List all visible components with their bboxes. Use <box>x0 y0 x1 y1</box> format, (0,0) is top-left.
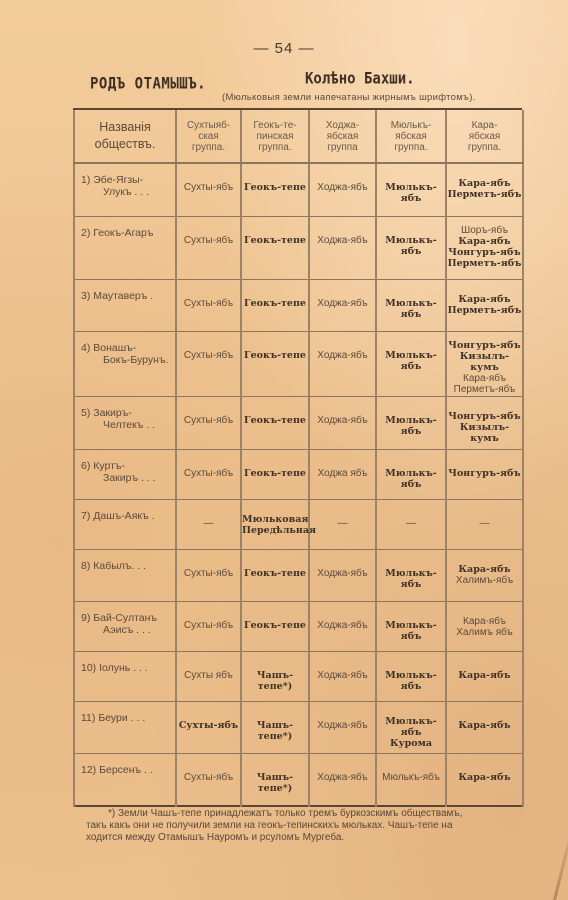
land-entry: — <box>377 518 445 529</box>
mulk-land-entry: Геокъ-тепе <box>242 620 308 631</box>
society-name-cell: 5) Закиръ-Челтекъ . . <box>74 396 176 449</box>
mulk-land-entry: Геокъ-тепе <box>242 468 308 479</box>
land-group-cell: Кара-ябъПерметъ-ябъ <box>446 279 523 331</box>
mulk-land-entry: Чашъ-тепе*) <box>242 670 308 692</box>
table-row: 7) Дашъ-Аякъ .—МюльковаяПередѣльная——— <box>74 499 523 549</box>
land-group-cell: Сухты-ябъ <box>176 216 241 279</box>
land-group-cell: Ходжа-ябъ <box>309 396 376 449</box>
mulk-land-entry: Мюлькъ-ябъ <box>377 620 445 642</box>
land-group-cell: Мюлькъ-ябъ <box>376 753 446 806</box>
mulk-land-entry: Чашъ-тепе*) <box>242 772 308 794</box>
land-group-cell: Ходжа-ябъ <box>309 331 376 396</box>
table-row: 1) Эбе-Ягзы-Улукъ . . .Сухты-ябъГеокъ-те… <box>74 163 523 216</box>
land-group-cell: Сухты-ябъ <box>176 163 241 216</box>
land-group-cell: Ходжа-ябъ <box>309 651 376 701</box>
land-group-cell: Чашъ-тепе*) <box>241 701 309 753</box>
land-entry: Ходжа-ябъ <box>310 670 375 681</box>
mulk-land-entry: Мюлькъ-ябъ <box>377 568 445 590</box>
land-group-cell: МюльковаяПередѣльная <box>241 499 309 549</box>
column-header: Мюлькъ-ябскаягруппа. <box>376 110 446 163</box>
society-name-cell: 1) Эбе-Ягзы-Улукъ . . . <box>74 163 176 216</box>
society-name: 12) Берсенъ . . <box>81 764 175 776</box>
column-header: Ходжа-ябскаягруппа <box>309 110 376 163</box>
society-name-cell: 11) Беури . . . <box>74 701 176 753</box>
society-name: 5) Закиръ- <box>81 407 175 419</box>
mulk-land-entry: Кизылъ-кумъ <box>447 351 522 373</box>
mulk-land-entry: Передѣльная <box>242 525 308 536</box>
society-name-cell: 4) Вонашъ-Бокъ-Бурунъ. <box>74 331 176 396</box>
table-row: 3) Маутаверъ .Сухты-ябъГеокъ-тепеХоджа-я… <box>74 279 523 331</box>
land-entry: Ходжа-ябъ <box>310 415 375 426</box>
land-group-cell: Чашъ-тепе*) <box>241 651 309 701</box>
land-group-cell: Мюлькъ-ябъ <box>376 549 446 601</box>
table-row: 8) Кабылъ. . .Сухты-ябъГеокъ-тепеХоджа-я… <box>74 549 523 601</box>
footnote-line: *) Земли Чашъ-тепе принадлежатъ только т… <box>86 808 526 820</box>
society-name-cell: 3) Маутаверъ . <box>74 279 176 331</box>
land-group-cell: Мюлькъ-ябъ <box>376 331 446 396</box>
mulk-land-entry: Мюлькъ-ябъ <box>377 235 445 257</box>
mulk-land-entry: Кара-ябъ <box>447 236 522 247</box>
land-entry: Сухты-ябъ <box>177 235 240 246</box>
land-group-cell: Мюлькъ-ябъ <box>376 651 446 701</box>
table-row: 4) Вонашъ-Бокъ-Бурунъ.Сухты-ябъГеокъ-теп… <box>74 331 523 396</box>
mulk-land-entry: Перметъ-ябъ <box>447 258 522 269</box>
land-group-cell: Кара-ябъХалимъ ябъ <box>446 601 523 651</box>
mulk-land-entry: Кара-ябъ <box>447 294 522 305</box>
land-entry: Халимъ ябъ <box>447 627 522 638</box>
land-entry: Ходжа-ябъ <box>310 182 375 193</box>
table-legend-note: (Мюльковыя земли напечатаны жирнымъ шриф… <box>222 92 476 103</box>
land-entry: Ходжа ябъ <box>310 468 375 479</box>
society-name: 11) Беури . . . <box>81 712 175 724</box>
land-group-cell: Геокъ-тепе <box>241 331 309 396</box>
land-group-cell: Геокъ-тепе <box>241 396 309 449</box>
mulk-land-entry: Кара-ябъ <box>447 720 522 731</box>
land-group-cell: Кара-ябъХалимъ-ябъ <box>446 549 523 601</box>
land-entry: — <box>447 518 522 529</box>
land-group-cell: — <box>376 499 446 549</box>
land-entry: Кара-ябъ <box>447 616 522 627</box>
mulk-land-entry: Геокъ-тепе <box>242 415 308 426</box>
society-name: Улукъ . . . <box>81 186 175 198</box>
column-header-line: Ходжа- <box>310 120 375 131</box>
page-number: — 54 — <box>0 40 568 57</box>
column-header-line: ябская <box>377 131 445 142</box>
land-group-cell: Мюлькъ-ябъ <box>376 396 446 449</box>
land-group-cell: Ходжа-ябъ <box>309 701 376 753</box>
land-group-cell: — <box>176 499 241 549</box>
land-entry: Кара-ябъ <box>447 373 522 384</box>
land-group-cell: Сухты-ябъ <box>176 279 241 331</box>
table-row: 9) Бай-СултанъАэисъ . . .Сухты-ябъГеокъ-… <box>74 601 523 651</box>
mulk-land-entry: Кара-ябъ <box>447 178 522 189</box>
land-group-cell: — <box>309 499 376 549</box>
column-header-line: Названія <box>75 119 175 136</box>
column-header-line: Мюлькъ- <box>377 120 445 131</box>
land-entry: Ходжа-ябъ <box>310 620 375 631</box>
land-entry: Сухты-ябъ <box>177 468 240 479</box>
land-entry: Сухты-ябъ <box>177 620 240 631</box>
mulk-land-entry: Геокъ-тепе <box>242 182 308 193</box>
land-group-cell: Сухты-ябъ <box>176 601 241 651</box>
column-header-line: ская <box>177 131 240 142</box>
land-group-cell: Мюлькъ-ябъКурома <box>376 701 446 753</box>
land-entry: Ходжа-ябъ <box>310 720 375 731</box>
column-header-line: Кара- <box>447 120 522 131</box>
land-group-cell: — <box>446 499 523 549</box>
land-entry: Сухты-ябъ <box>177 772 240 783</box>
clan-title: РОДЪ ОТАМЫШЪ. <box>90 75 206 93</box>
land-group-cell: Сухты-ябъ <box>176 396 241 449</box>
column-header: Геокъ-те-пинскаягруппа. <box>241 110 309 163</box>
land-group-cell: Мюлькъ-ябъ <box>376 163 446 216</box>
land-group-cell: Мюлькъ-ябъ <box>376 216 446 279</box>
land-group-cell: Чашъ-тепе*) <box>241 753 309 806</box>
land-groups-table-wrapper: Названіяобществъ.Сухтыяб-скаягруппа.Геок… <box>73 108 522 807</box>
column-header-line: Геокъ-те- <box>242 120 308 131</box>
column-header: Сухтыяб-скаягруппа. <box>176 110 241 163</box>
land-group-cell: Сухты ябъ <box>176 651 241 701</box>
land-group-cell: Чонгуръ-ябъКизылъ-кумъ <box>446 396 523 449</box>
land-group-cell: Ходжа-ябъ <box>309 549 376 601</box>
land-group-cell: Кара-ябъПерметъ-ябъ <box>446 163 523 216</box>
society-name-cell: 6) Куртъ-Закиръ . . . <box>74 449 176 499</box>
mulk-land-entry: Мюлькъ-ябъ <box>377 716 445 738</box>
mulk-land-entry: Мюлькъ-ябъ <box>377 670 445 692</box>
branch-title: Колѣно Бахши. <box>305 70 415 88</box>
table-row: 5) Закиръ-Челтекъ . .Сухты-ябъГеокъ-тепе… <box>74 396 523 449</box>
land-entry: Сухты-ябъ <box>177 350 240 361</box>
land-entry: Сухты-ябъ <box>177 568 240 579</box>
society-name: Челтекъ . . <box>81 419 175 431</box>
land-entry: Сухты-ябъ <box>177 182 240 193</box>
land-group-cell: Геокъ-тепе <box>241 279 309 331</box>
land-entry: — <box>177 518 240 529</box>
land-group-cell: Чонгуръ-ябъКизылъ-кумъКара-ябъПерметъ-яб… <box>446 331 523 396</box>
mulk-land-entry: Чонгуръ-ябъ <box>447 247 522 258</box>
mulk-land-entry: Мюлькъ-ябъ <box>377 182 445 204</box>
land-groups-table: Названіяобществъ.Сухтыяб-скаягруппа.Геок… <box>73 110 524 807</box>
society-name: Бокъ-Бурунъ. <box>81 354 175 366</box>
land-group-cell: Сухты-ябъ <box>176 331 241 396</box>
society-name-cell: 12) Берсенъ . . <box>74 753 176 806</box>
column-header-line: группа. <box>447 142 522 153</box>
society-name-cell: 9) Бай-СултанъАэисъ . . . <box>74 601 176 651</box>
land-entry: Шоръ-ябъ <box>447 225 522 236</box>
mulk-land-entry: Геокъ-тепе <box>242 235 308 246</box>
land-entry: Ходжа-ябъ <box>310 235 375 246</box>
land-group-cell: Кара-ябъ <box>446 701 523 753</box>
table-row: 10) Іолунь . . .Сухты ябъЧашъ-тепе*)Ходж… <box>74 651 523 701</box>
column-header: Названіяобществъ. <box>74 110 176 163</box>
column-header-line: Сухтыяб- <box>177 120 240 131</box>
land-group-cell: Кара-ябъ <box>446 651 523 701</box>
mulk-land-entry: Кизылъ-кумъ <box>447 422 522 444</box>
column-header-line: группа. <box>377 142 445 153</box>
society-name-cell: 2) Геокъ-Агаръ <box>74 216 176 279</box>
land-group-cell: Ходжа ябъ <box>309 449 376 499</box>
land-entry: Ходжа-ябъ <box>310 350 375 361</box>
mulk-land-entry: Кара-ябъ <box>447 772 522 783</box>
mulk-land-entry: Мюлькъ-ябъ <box>377 298 445 320</box>
footnote-line: такъ какъ они не получили земли на геокъ… <box>86 820 526 832</box>
land-group-cell: Шоръ-ябъКара-ябъЧонгуръ-ябъПерметъ-ябъ <box>446 216 523 279</box>
table-row: 6) Куртъ-Закиръ . . .Сухты-ябъГеокъ-тепе… <box>74 449 523 499</box>
mulk-land-entry: Геокъ-тепе <box>242 298 308 309</box>
paper-crease <box>553 812 568 900</box>
land-entry: Перметъ-ябъ <box>447 384 522 395</box>
table-body: 1) Эбе-Ягзы-Улукъ . . .Сухты-ябъГеокъ-те… <box>74 163 523 806</box>
land-entry: Сухты-ябъ <box>177 298 240 309</box>
footnote: *) Земли Чашъ-тепе принадлежатъ только т… <box>86 808 526 844</box>
land-group-cell: Чонгуръ-ябъ <box>446 449 523 499</box>
land-group-cell: Сухты-ябъ <box>176 449 241 499</box>
society-name: 6) Куртъ- <box>81 460 175 472</box>
society-name: 1) Эбе-Ягзы- <box>81 174 175 186</box>
land-group-cell: Геокъ-тепе <box>241 549 309 601</box>
mulk-land-entry: Мюлькъ-ябъ <box>377 415 445 437</box>
land-group-cell: Геокъ-тепе <box>241 449 309 499</box>
column-header-line: ябская <box>310 131 375 142</box>
footnote-line: ходится между Отамышъ Науромъ и рсуломъ … <box>86 832 526 844</box>
mulk-land-entry: Курома <box>377 738 445 749</box>
table-row: 2) Геокъ-АгаръСухты-ябъГеокъ-тепеХоджа-я… <box>74 216 523 279</box>
land-entry: Сухты-ябъ <box>177 415 240 426</box>
land-entry: Сухты ябъ <box>177 670 240 681</box>
land-entry: Ходжа-ябъ <box>310 568 375 579</box>
mulk-land-entry: Чонгуръ-ябъ <box>447 468 522 479</box>
land-group-cell: Мюлькъ-ябъ <box>376 279 446 331</box>
column-header-line: ябская <box>447 131 522 142</box>
land-entry: — <box>310 518 375 529</box>
land-group-cell: Ходжа-ябъ <box>309 753 376 806</box>
land-entry: Ходжа-ябъ <box>310 772 375 783</box>
land-group-cell: Ходжа-ябъ <box>309 601 376 651</box>
land-group-cell: Ходжа-ябъ <box>309 279 376 331</box>
land-entry: Ходжа-ябъ <box>310 298 375 309</box>
society-name: 10) Іолунь . . . <box>81 662 175 674</box>
column-header-line: обществъ. <box>75 136 175 153</box>
mulk-land-entry: Кара-ябъ <box>447 564 522 575</box>
society-name: 4) Вонашъ- <box>81 342 175 354</box>
society-name: 8) Кабылъ. . . <box>81 560 175 572</box>
table-header-row: Названіяобществъ.Сухтыяб-скаягруппа.Геок… <box>74 110 523 163</box>
society-name: 9) Бай-Султанъ <box>81 612 175 624</box>
mulk-land-entry: Чашъ-тепе*) <box>242 720 308 742</box>
society-name: 3) Маутаверъ . <box>81 290 175 302</box>
land-group-cell: Сухты-ябъ <box>176 701 241 753</box>
mulk-land-entry: Мюлькъ-ябъ <box>377 468 445 490</box>
society-name-cell: 8) Кабылъ. . . <box>74 549 176 601</box>
land-group-cell: Ходжа-ябъ <box>309 216 376 279</box>
column-header-line: группа. <box>177 142 240 153</box>
mulk-land-entry: Геокъ-тепе <box>242 350 308 361</box>
society-name: 7) Дашъ-Аякъ . <box>81 510 175 522</box>
land-group-cell: Сухты-ябъ <box>176 753 241 806</box>
land-group-cell: Сухты-ябъ <box>176 549 241 601</box>
mulk-land-entry: Чонгуръ-ябъ <box>447 411 522 422</box>
land-entry: Халимъ-ябъ <box>447 575 522 586</box>
table-row: 12) Берсенъ . .Сухты-ябъЧашъ-тепе*)Ходжа… <box>74 753 523 806</box>
land-group-cell: Геокъ-тепе <box>241 601 309 651</box>
mulk-land-entry: Мюльковая <box>242 514 308 525</box>
table-row: 11) Беури . . .Сухты-ябъЧашъ-тепе*)Ходжа… <box>74 701 523 753</box>
land-group-cell: Мюлькъ-ябъ <box>376 601 446 651</box>
society-name: 2) Геокъ-Агаръ <box>81 227 175 239</box>
land-group-cell: Геокъ-тепе <box>241 163 309 216</box>
mulk-land-entry: Перметъ-ябъ <box>447 305 522 316</box>
mulk-land-entry: Геокъ-тепе <box>242 568 308 579</box>
mulk-land-entry: Сухты-ябъ <box>177 720 240 731</box>
land-group-cell: Геокъ-тепе <box>241 216 309 279</box>
column-header: Кара-ябскаягруппа. <box>446 110 523 163</box>
column-header-line: группа <box>310 142 375 153</box>
land-entry: Мюлькъ-ябъ <box>377 772 445 783</box>
land-group-cell: Кара-ябъ <box>446 753 523 806</box>
land-group-cell: Ходжа-ябъ <box>309 163 376 216</box>
column-header-line: пинская <box>242 131 308 142</box>
mulk-land-entry: Кара-ябъ <box>447 670 522 681</box>
column-header-line: группа. <box>242 142 308 153</box>
society-name-cell: 7) Дашъ-Аякъ . <box>74 499 176 549</box>
society-name: Аэисъ . . . <box>81 624 175 636</box>
mulk-land-entry: Чонгуръ-ябъ <box>447 340 522 351</box>
mulk-land-entry: Мюлькъ-ябъ <box>377 350 445 372</box>
mulk-land-entry: Перметъ-ябъ <box>447 189 522 200</box>
society-name-cell: 10) Іолунь . . . <box>74 651 176 701</box>
society-name: Закиръ . . . <box>81 472 175 484</box>
land-group-cell: Мюлькъ-ябъ <box>376 449 446 499</box>
